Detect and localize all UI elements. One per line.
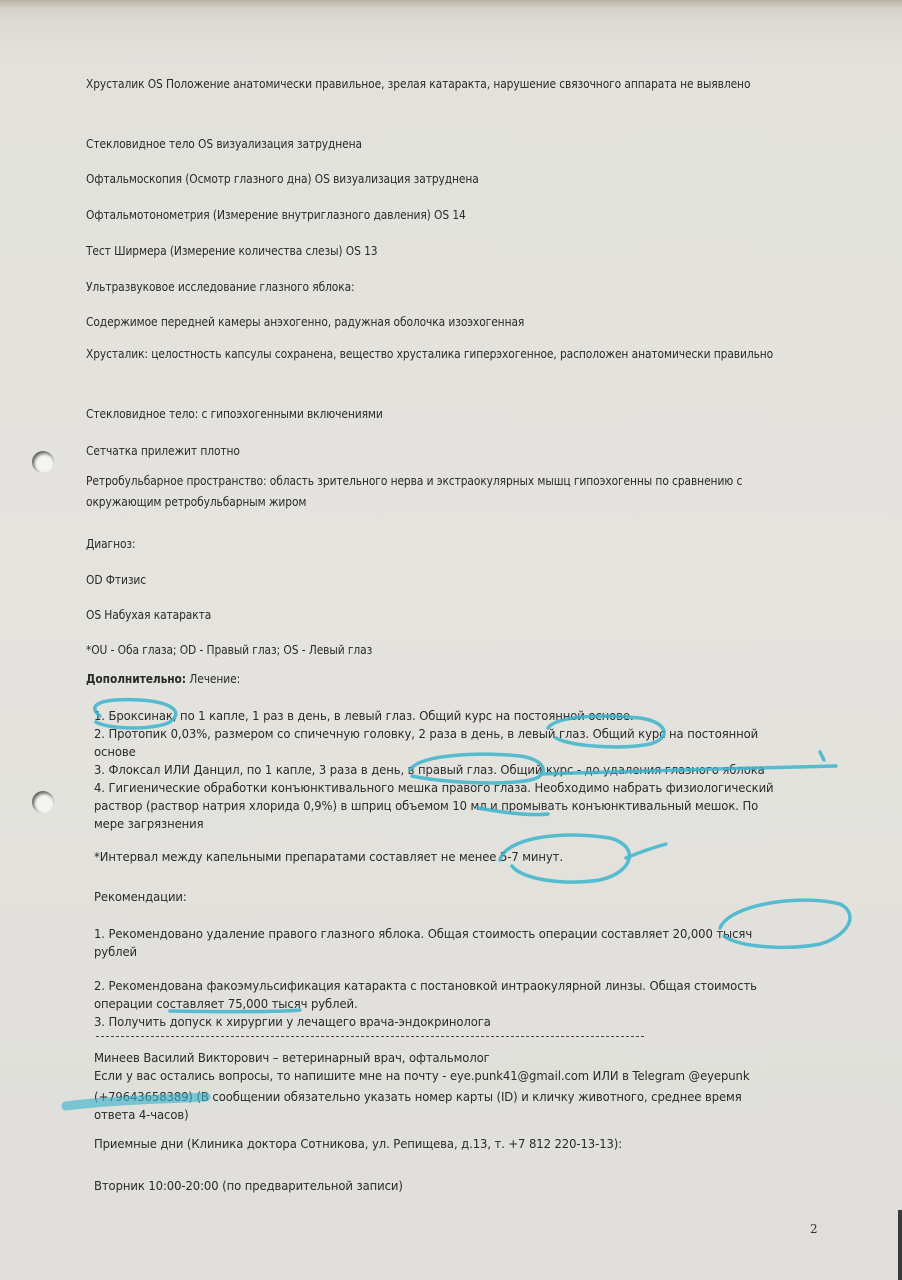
exam-lens-os: Хрусталик OS Положение анатомически прав…	[86, 73, 789, 94]
exam-ultrasound-heading: Ультразвуковое исследование глазного ябл…	[86, 276, 789, 297]
treatment-item-2: 2. Протопик 0,03%, размером со спичечную…	[94, 725, 782, 761]
separator-line	[96, 1036, 644, 1037]
clinic-schedule: Вторник 10:00-20:00 (по предварительной …	[94, 1175, 782, 1196]
contact-questions: Если у вас остались вопросы, то напишите…	[94, 1067, 782, 1085]
exam-tonometry: Офтальмотонометрия (Измерение внутриглаз…	[86, 204, 789, 225]
punch-hole	[32, 451, 54, 473]
treatment-prefix: Дополнительно:	[86, 671, 186, 686]
treatment-interval-note: *Интервал между капельными препаратами с…	[94, 846, 782, 867]
diagnosis-od: OD Фтизис	[86, 569, 789, 590]
exam-retina: Сетчатка прилежит плотно	[86, 440, 789, 461]
treatment-item-4: 4. Гигиенические обработки конъюнктиваль…	[94, 779, 782, 833]
punch-hole	[32, 791, 54, 813]
recommendation-item-2: 2. Рекомендована факоэмульсификация ката…	[94, 977, 782, 1013]
exam-retrobulbar: Ретробульбарное пространство: область зр…	[86, 470, 789, 512]
clinic-info: Приемные дни (Клиника доктора Сотникова,…	[94, 1133, 782, 1154]
tick-mark	[820, 752, 824, 760]
page-right-edge	[898, 1210, 902, 1280]
exam-ophthalmoscopy: Офтальмоскопия (Осмотр глазного дна) OS …	[86, 168, 789, 189]
contact-phone-line: (+79643658389) (В сообщении обязательно …	[94, 1088, 782, 1124]
contact-phone: (+79643658389)	[94, 1089, 193, 1104]
exam-anterior-chamber: Содержимое передней камеры анэхогенно, р…	[86, 311, 789, 332]
diagnosis-legend: *OU - Оба глаза; OD - Правый глаз; OS - …	[86, 639, 789, 660]
recommendation-item-3: 3. Получить допуск к хирургии у лечащего…	[94, 1013, 782, 1031]
diagnosis-heading: Диагноз:	[86, 533, 789, 554]
doctor-name: Минеев Василий Викторович – ветеринарный…	[94, 1049, 782, 1067]
page-top-edge	[0, 0, 902, 10]
page-number: 2	[810, 1222, 818, 1236]
recommendations-heading: Рекомендации:	[94, 886, 782, 907]
recommendation-item-1: 1. Рекомендовано удаление правого глазно…	[94, 925, 782, 961]
treatment-title: Лечение:	[189, 671, 240, 686]
exam-schirmer: Тест Ширмера (Измерение количества слезы…	[86, 240, 789, 261]
treatment-item-3: 3. Флоксал ИЛИ Данцил, по 1 капле, 3 раз…	[94, 761, 782, 779]
exam-vitreous-ultrasound: Стекловидное тело: с гипоэхогенными вклю…	[86, 403, 789, 424]
treatment-item-1: 1. Броксинак, по 1 капле, 1 раз в день, …	[94, 707, 782, 725]
exam-lens-ultrasound: Хрусталик: целостность капсулы сохранена…	[86, 343, 789, 364]
treatment-heading: Дополнительно: Лечение:	[86, 668, 789, 689]
diagnosis-os: OS Набухая катаракта	[86, 604, 789, 625]
exam-vitreous-os: Стекловидное тело OS визуализация затруд…	[86, 133, 789, 154]
